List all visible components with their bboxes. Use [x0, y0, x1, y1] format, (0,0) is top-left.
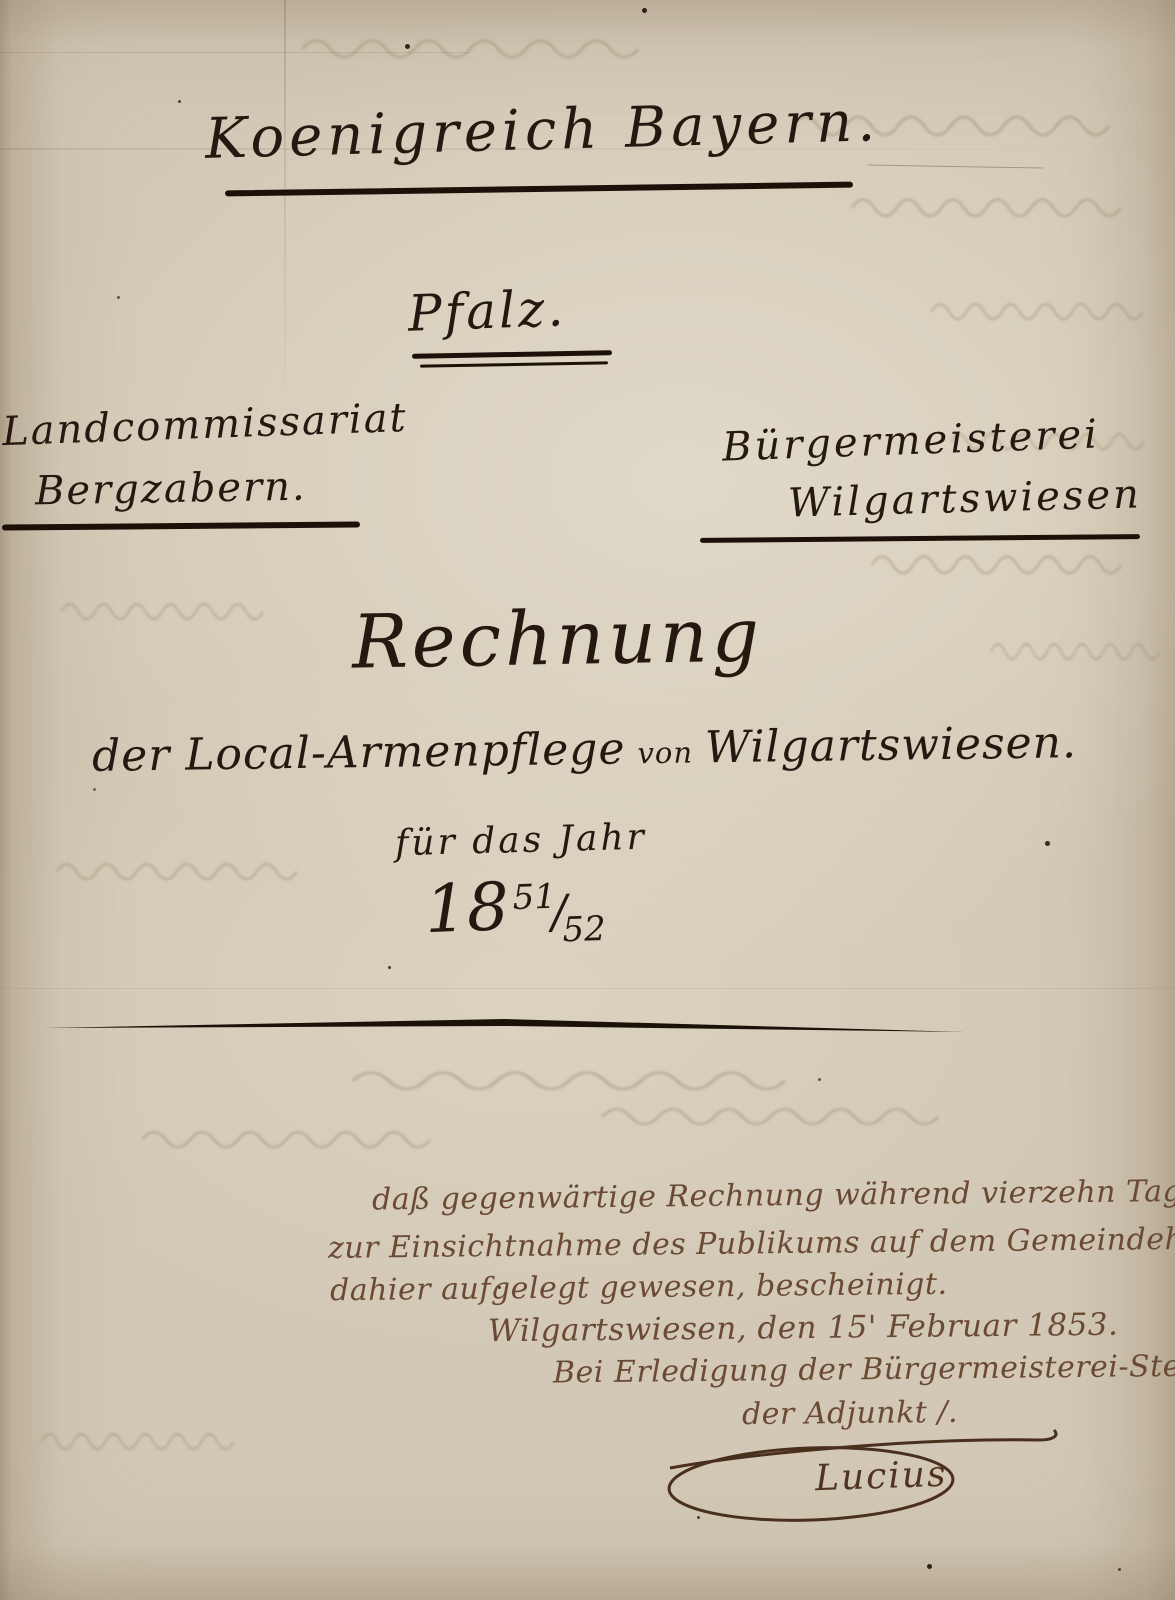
foxing-specks — [0, 0, 3, 3]
fold-crease-horizontal-upper — [0, 52, 470, 53]
fold-crease-horizontal-mid — [0, 988, 1175, 989]
mayoralty-office-place: Wilgartswiesen — [787, 471, 1142, 526]
year-value: 1851/52 — [424, 865, 607, 955]
attestation-capacity-line: Bei Erledigung der Bürgermeisterei-Stell… — [553, 1349, 1175, 1391]
attestation-dateline: Wilgartswiesen, den 15' Februar 1853. — [488, 1307, 1119, 1350]
attestation-line-2: zur Einsichtnahme des Publikums auf dem … — [328, 1221, 1175, 1266]
district-office-name: Landcommissariat — [1, 395, 408, 455]
kingdom-title-underline — [225, 182, 853, 197]
attestation-line-3: dahier aufgelegt gewesen, bescheinigt. — [330, 1267, 948, 1308]
mayoralty-office-name: Bürgermeisterei — [721, 411, 1100, 470]
subtitle-pre: der Local-Armenpflege — [92, 723, 626, 781]
region-title-underline-2 — [420, 361, 608, 367]
region-title-underline-1 — [412, 350, 612, 358]
year-caption: für das Jahr — [395, 817, 648, 865]
region-title: Pfalz. — [407, 279, 567, 342]
signature: Lucius — [814, 1454, 948, 1500]
district-office-place: Bergzabern. — [35, 464, 307, 515]
document-title: Rechnung — [351, 592, 763, 685]
subtitle-von: von — [637, 735, 693, 770]
manuscript-page: Koenigreich Bayern. Pfalz. Landcommissar… — [0, 0, 1175, 1600]
kingdom-title: Koenigreich Bayern. — [204, 89, 880, 172]
year-prefix: 18 — [424, 868, 511, 948]
mayoralty-office-underline — [700, 534, 1140, 543]
subtitle-place: Wilgartswiesen. — [705, 717, 1078, 773]
attestation-line-1: daß gegenwärtige Rechnung während vierze… — [372, 1174, 1175, 1218]
fold-crease-vertical — [284, 0, 286, 420]
year-fraction-denominator: 52 — [562, 909, 607, 950]
separator-rule — [40, 1008, 970, 1038]
pencil-guide-line — [868, 164, 1043, 168]
district-office-underline — [2, 521, 360, 530]
document-subtitle: der Local-ArmenpflegevonWilgartswiesen. — [92, 717, 1078, 782]
